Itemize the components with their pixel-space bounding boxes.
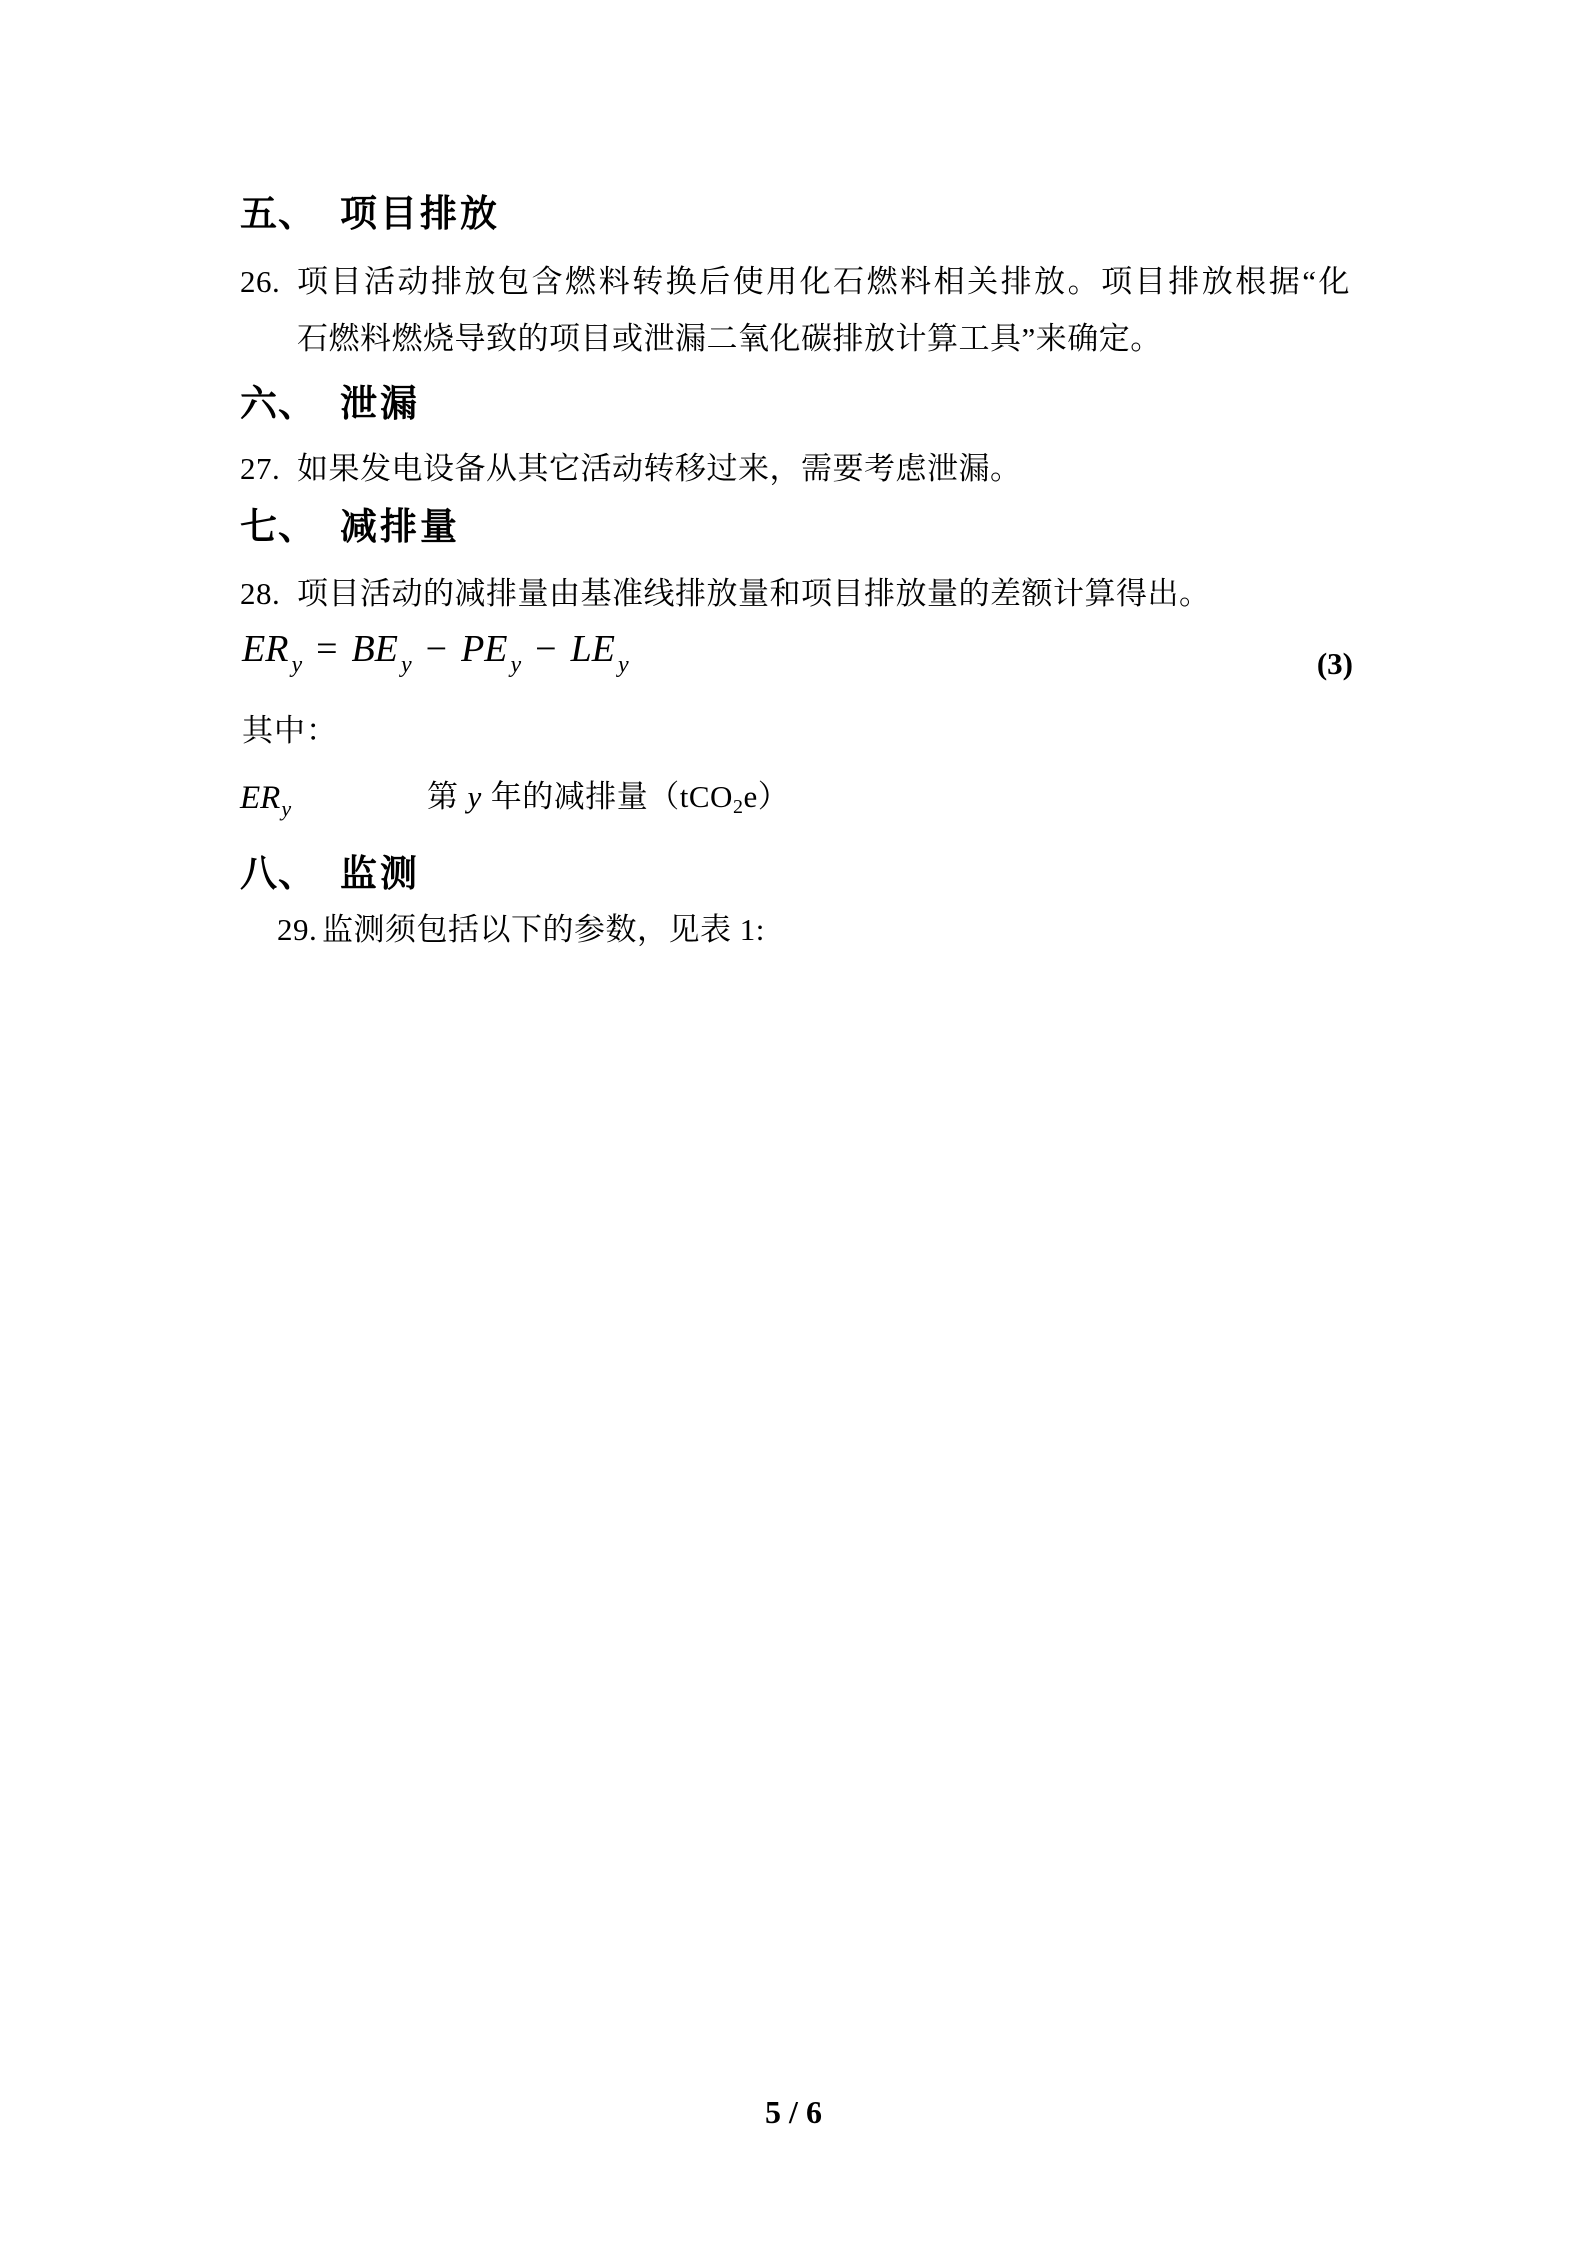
paragraph-body: 项目活动的减排量由基准线排放量和项目排放量的差额计算得出。	[297, 565, 1350, 622]
section-number: 七、	[240, 509, 316, 546]
paragraph-line: 如果发电设备从其它活动转移过来，需要考虑泄漏。	[297, 440, 1350, 497]
paragraph-line: 石燃料燃烧导致的项目或泄漏二氧化碳排放计算工具”来确定。	[297, 310, 1350, 367]
section-number: 五、	[240, 196, 316, 233]
section-title: 监测	[340, 856, 420, 893]
symbol-ERy: ERy	[240, 778, 427, 823]
paragraph-body: 如果发电设备从其它活动转移过来，需要考虑泄漏。	[297, 440, 1350, 497]
subscript-y: y	[401, 652, 412, 678]
section-number: 八、	[240, 856, 316, 893]
paragraph-number: 26.	[240, 253, 297, 367]
term-ER: ER	[242, 628, 288, 670]
paragraph-number: 27.	[240, 440, 297, 497]
section-heading-8: 八、 监测	[240, 856, 420, 893]
section-title: 泄漏	[340, 386, 420, 423]
subscript-y: y	[618, 652, 629, 678]
section-heading-6: 六、 泄漏	[240, 386, 420, 423]
paragraph-line: 项目活动的减排量由基准线排放量和项目排放量的差额计算得出。	[297, 565, 1350, 622]
equation-3: ERy=BEy−PEy−LEy	[242, 630, 629, 677]
paragraph-number: 28.	[240, 565, 297, 622]
subscript-y: y	[511, 652, 522, 678]
where-label: 其中：	[242, 712, 338, 749]
definition-text: 第y年的减排量（tCO2e）	[427, 778, 789, 823]
paragraph-line: 监测须包括以下的参数，见表 1:	[322, 901, 1350, 958]
subscript-y: y	[281, 796, 291, 821]
equals-sign: =	[316, 628, 337, 670]
paragraph-number: 29.	[277, 901, 322, 958]
paragraph-body: 监测须包括以下的参数，见表 1:	[322, 901, 1350, 958]
document-page: 五、 项目排放 26. 项目活动排放包含燃料转换后使用化石燃料相关排放。项目排放…	[0, 0, 1587, 2245]
section-heading-5: 五、 项目排放	[240, 196, 500, 233]
paragraph-line: 项目活动排放包含燃料转换后使用化石燃料相关排放。项目排放根据“化	[297, 253, 1350, 310]
subscript-y: y	[291, 652, 302, 678]
term-LE: LE	[571, 628, 615, 670]
symbol-definition: ERy 第y年的减排量（tCO2e）	[240, 778, 1350, 823]
term-BE: BE	[352, 628, 398, 670]
subscript-2: 2	[733, 796, 744, 818]
variable-y: y	[468, 779, 482, 814]
term-PE: PE	[461, 628, 507, 670]
section-number: 六、	[240, 386, 316, 423]
section-heading-7: 七、 减排量	[240, 509, 460, 546]
paragraph-29: 29. 监测须包括以下的参数，见表 1:	[277, 901, 1350, 958]
section-title: 减排量	[340, 509, 460, 546]
paragraph-body: 项目活动排放包含燃料转换后使用化石燃料相关排放。项目排放根据“化 石燃料燃烧导致…	[297, 253, 1350, 367]
paragraph-27: 27. 如果发电设备从其它活动转移过来，需要考虑泄漏。	[240, 440, 1350, 497]
paragraph-28: 28. 项目活动的减排量由基准线排放量和项目排放量的差额计算得出。	[240, 565, 1350, 622]
section-title: 项目排放	[340, 196, 500, 233]
paragraph-26: 26. 项目活动排放包含燃料转换后使用化石燃料相关排放。项目排放根据“化 石燃料…	[240, 253, 1350, 367]
minus-sign: −	[535, 628, 556, 670]
equation-number: (3)	[1317, 648, 1353, 679]
minus-sign: −	[426, 628, 447, 670]
page-number: 5 / 6	[0, 2096, 1587, 2128]
